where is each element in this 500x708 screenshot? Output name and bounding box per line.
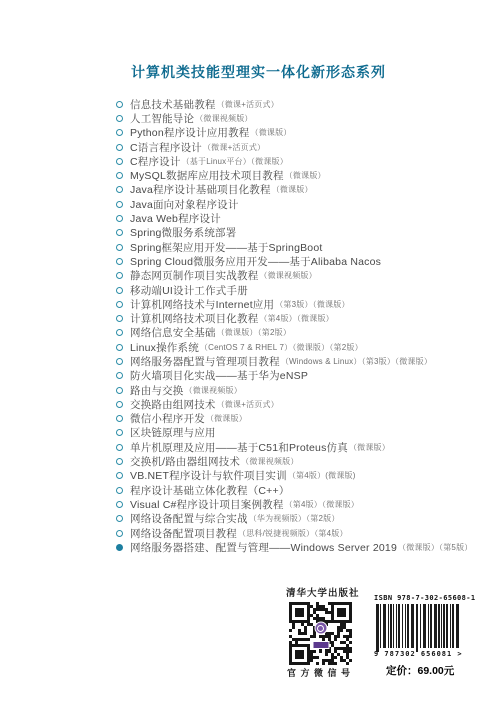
isbn-barcode-digits: 9 787302 656081 >	[374, 650, 466, 658]
book-list-item: 网络设备配置与综合实战 （华为视频版）（第2版）	[116, 512, 472, 526]
book-list-item: 移动端UI设计工作式手册	[116, 283, 472, 297]
book-list-item: Java Web程序设计	[116, 211, 472, 225]
book-note: （微课版）	[285, 170, 326, 181]
book-title: 计算机网络技术与Internet应用	[130, 297, 274, 312]
book-note: （第3版）（微课版）	[275, 299, 349, 310]
book-title: VB.NET程序设计与软件项目实训	[130, 468, 287, 483]
book-title: 程序设计基础立体化教程（C++）	[130, 483, 290, 498]
book-list-item: 防火墙项目化实战——基于华为eNSP	[116, 369, 472, 383]
book-note: （第4版）（微课版）	[285, 499, 359, 510]
book-list-item: Linux操作系统 （CentOS 7 & RHEL 7）（微课版）（第2版）	[116, 340, 472, 354]
book-note: （微课版）（第2版）	[217, 327, 291, 338]
book-bullet-icon	[116, 172, 123, 179]
book-note: （基于Linux平台）（微课版）	[182, 156, 288, 167]
book-title: C语言程序设计	[130, 140, 202, 155]
book-note: （微课版）	[251, 127, 292, 138]
book-bullet-icon	[116, 101, 123, 108]
book-title: 交换机/路由器组网技术	[130, 454, 240, 469]
book-note: （微课+活页式）	[203, 142, 265, 153]
book-title: Java Web程序设计	[130, 211, 221, 226]
book-list-item: 网络信息安全基础 （微课版）（第2版）	[116, 326, 472, 340]
book-bullet-icon	[116, 315, 123, 322]
book-bullet-icon	[116, 301, 123, 308]
book-note: （CentOS 7 & RHEL 7）（微课版）（第2版）	[200, 342, 363, 353]
book-title: 路由与交换	[130, 383, 184, 398]
book-note: （Windows & Linux）（第3版）（微课版）	[281, 356, 432, 367]
book-bullet-icon	[116, 258, 123, 265]
book-note: （微课版）	[272, 184, 313, 195]
book-note: （第4版）（微课版）	[259, 313, 333, 324]
book-title: 移动端UI设计工作式手册	[130, 283, 248, 298]
book-list: 信息技术基础教程 （微课+活页式） 人工智能导论 （微课视频版） Python程…	[116, 97, 472, 555]
book-bullet-icon	[116, 472, 123, 479]
book-note: （微课版）	[206, 413, 247, 424]
book-bullet-icon	[116, 158, 123, 165]
book-bullet-icon	[116, 444, 123, 451]
book-list-item: Python程序设计应用教程 （微课版）	[116, 126, 472, 140]
book-bullet-icon	[116, 287, 123, 294]
book-note: （微课视频版）	[241, 456, 298, 467]
book-list-item: C程序设计 （基于Linux平台）（微课版）	[116, 154, 472, 168]
book-title: Spring微服务系统部署	[130, 225, 236, 240]
book-list-item: Spring微服务系统部署	[116, 226, 472, 240]
book-bullet-icon	[116, 144, 123, 151]
book-bullet-icon	[116, 501, 123, 508]
book-list-item: 信息技术基础教程 （微课+活页式）	[116, 97, 472, 111]
book-list-item: 微信小程序开发 （微课版）	[116, 412, 472, 426]
book-title: MySQL数据库应用技术项目教程	[130, 168, 284, 183]
book-note: （微课+活页式）	[217, 399, 279, 410]
book-title: Java程序设计基础项目化教程	[130, 182, 271, 197]
book-list-item: 单片机原理及应用——基于C51和Proteus仿真 （微课版）	[116, 440, 472, 454]
book-list-item: MySQL数据库应用技术项目教程 （微课版）	[116, 168, 472, 182]
price-label: 定价：69.00元	[386, 663, 454, 678]
book-title: Java面向对象程序设计	[130, 197, 239, 212]
book-bullet-icon	[116, 329, 123, 336]
book-title: 信息技术基础教程	[130, 97, 216, 112]
book-title: Spring Cloud微服务应用开发——基于Alibaba Nacos	[130, 254, 381, 269]
book-bullet-icon	[116, 429, 123, 436]
book-bullet-icon	[116, 344, 123, 351]
book-list-item: 交换路由组网技术 （微课+活页式）	[116, 397, 472, 411]
book-list-item: 计算机网络技术与Internet应用 （第3版）（微课版）	[116, 297, 472, 311]
book-list-item: 静态网页制作项目实战教程 （微课视频版）	[116, 269, 472, 283]
book-bullet-icon	[116, 387, 123, 394]
publisher-logo-label	[312, 641, 329, 649]
book-note: （华为视频版）（第2版）	[249, 513, 340, 524]
publisher-name: 清华大学出版社	[286, 585, 360, 599]
book-title: 计算机网络技术项目化教程	[130, 311, 258, 326]
book-list-item: 网络服务器搭建、配置与管理——Windows Server 2019 （微课版）…	[116, 540, 472, 554]
book-list-item: 网络服务器配置与管理项目教程 （Windows & Linux）（第3版）（微课…	[116, 354, 472, 368]
book-list-item: C语言程序设计 （微课+活页式）	[116, 140, 472, 154]
book-bullet-icon	[116, 530, 123, 537]
book-bullet-icon	[116, 372, 123, 379]
book-note: （微课视频版）	[195, 113, 252, 124]
book-title: 人工智能导论	[130, 111, 194, 126]
series-title: 计算机类技能型理实一体化新形态系列	[131, 62, 386, 82]
book-title: 区块链原理与应用	[130, 425, 216, 440]
book-note: （微课+活页式）	[217, 99, 279, 110]
book-bullet-icon	[116, 129, 123, 136]
book-bullet-icon	[116, 244, 123, 251]
publisher-logo-icon	[314, 622, 327, 635]
book-title: 网络服务器搭建、配置与管理——Windows Server 2019	[130, 540, 397, 555]
book-note: （微课视频版）	[259, 270, 316, 281]
book-back-cover: 计算机类技能型理实一体化新形态系列 信息技术基础教程 （微课+活页式） 人工智能…	[0, 0, 500, 708]
book-note: （微课视频版）	[185, 385, 242, 396]
book-bullet-icon	[116, 215, 123, 222]
isbn-barcode	[374, 604, 463, 652]
book-list-item: VB.NET程序设计与软件项目实训 （第4版）(微课版)	[116, 469, 472, 483]
book-title: 网络设备配置与综合实战	[130, 511, 248, 526]
wechat-qr-code	[289, 602, 352, 665]
book-list-item: 区块链原理与应用	[116, 426, 472, 440]
book-list-item: 人工智能导论 （微课视频版）	[116, 111, 472, 125]
book-list-item: Spring框架应用开发——基于SpringBoot	[116, 240, 472, 254]
book-note: （微课版）	[349, 442, 390, 453]
book-title: 交换路由组网技术	[130, 397, 216, 412]
book-title: 单片机原理及应用——基于C51和Proteus仿真	[130, 440, 348, 455]
wechat-account-label: 官方微信号	[287, 666, 355, 679]
book-bullet-icon	[116, 272, 123, 279]
book-list-item: 路由与交换 （微课视频版）	[116, 383, 472, 397]
book-list-item: Java程序设计基础项目化教程 （微课版）	[116, 183, 472, 197]
book-title: 防火墙项目化实战——基于华为eNSP	[130, 368, 308, 383]
book-bullet-icon	[116, 544, 123, 551]
book-bullet-icon	[116, 358, 123, 365]
book-note: （微课版）（第5版）	[398, 542, 472, 553]
book-title: 网络信息安全基础	[130, 325, 216, 340]
book-title: Visual C#程序设计项目案例教程	[130, 497, 284, 512]
book-bullet-icon	[116, 458, 123, 465]
book-bullet-icon	[116, 229, 123, 236]
book-list-item: Java面向对象程序设计	[116, 197, 472, 211]
book-bullet-icon	[116, 115, 123, 122]
book-title: Linux操作系统	[130, 340, 199, 355]
book-title: C程序设计	[130, 154, 181, 169]
book-list-item: 网络设备配置项目教程 （思科/锐捷视频版）（第4版）	[116, 526, 472, 540]
book-list-item: Visual C#程序设计项目案例教程 （第4版）（微课版）	[116, 497, 472, 511]
book-list-item: Spring Cloud微服务应用开发——基于Alibaba Nacos	[116, 254, 472, 268]
book-bullet-icon	[116, 201, 123, 208]
book-bullet-icon	[116, 401, 123, 408]
book-list-item: 交换机/路由器组网技术 （微课视频版）	[116, 454, 472, 468]
book-list-item: 计算机网络技术项目化教程 （第4版）（微课版）	[116, 311, 472, 325]
book-title: 网络设备配置项目教程	[130, 526, 237, 541]
book-bullet-icon	[116, 186, 123, 193]
book-title: Spring框架应用开发——基于SpringBoot	[130, 240, 323, 255]
book-bullet-icon	[116, 487, 123, 494]
book-bullet-icon	[116, 515, 123, 522]
isbn-text: ISBN 978-7-302-65608-1	[374, 594, 476, 602]
book-title: 静态网页制作项目实战教程	[130, 268, 258, 283]
book-title: 网络服务器配置与管理项目教程	[130, 354, 280, 369]
book-list-item: 程序设计基础立体化教程（C++）	[116, 483, 472, 497]
book-note: （思科/锐捷视频版）（第4版）	[238, 528, 348, 539]
book-note: （第4版）(微课版)	[288, 470, 356, 481]
book-bullet-icon	[116, 415, 123, 422]
book-title: 微信小程序开发	[130, 411, 205, 426]
book-title: Python程序设计应用教程	[130, 125, 250, 140]
